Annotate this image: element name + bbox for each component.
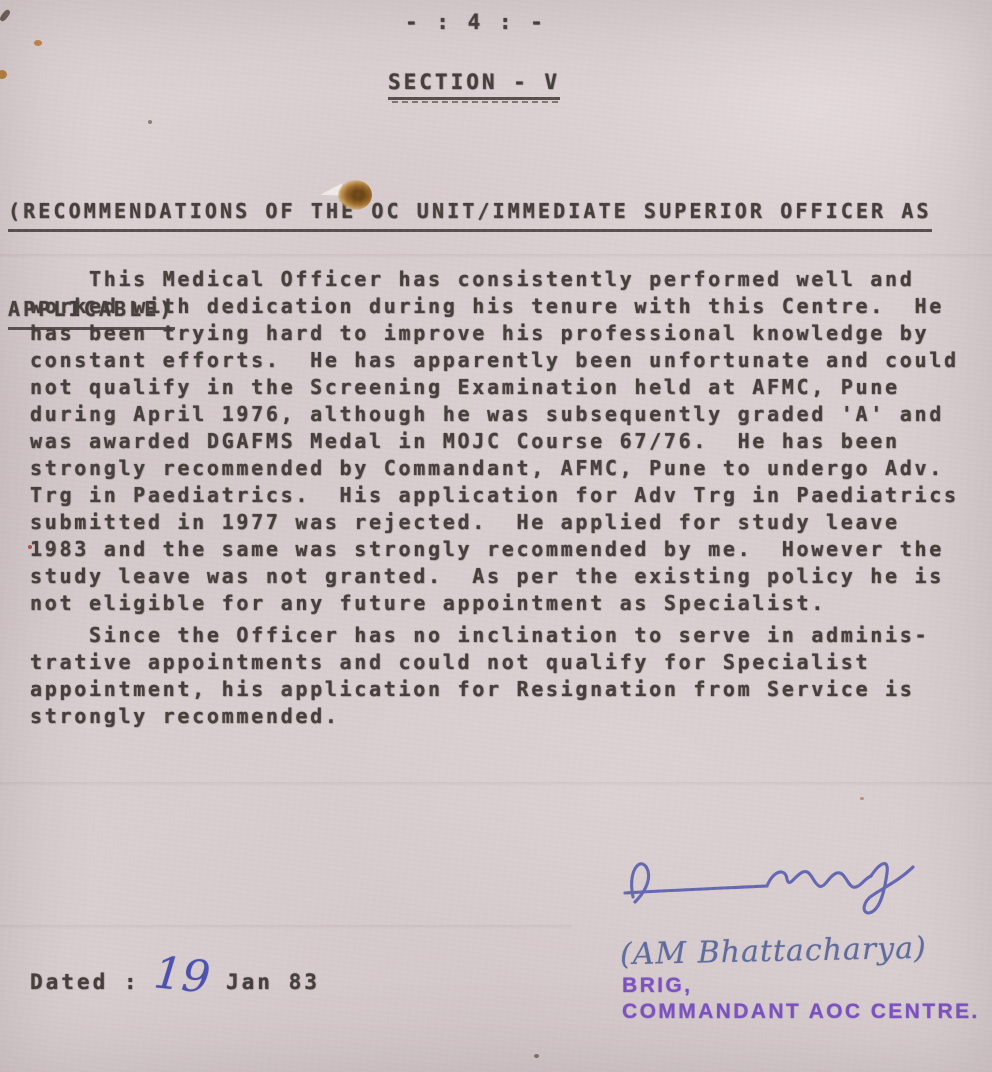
paper-speck xyxy=(34,40,42,46)
text-line: strongly recommended by Commandant, AFMC… xyxy=(30,455,959,482)
text-line: This Medical Officer has consistently pe… xyxy=(30,266,959,293)
text-line: strongly recommended. xyxy=(30,703,929,730)
text-line: submitted in 1977 was rejected. He appli… xyxy=(30,509,959,536)
handwritten-day: 19 xyxy=(151,947,212,1004)
signatory-name: (AM Bhattacharya) xyxy=(620,931,927,972)
text-line: constant efforts. He has apparently been… xyxy=(30,347,959,374)
text-line: appointment, his application for Resigna… xyxy=(30,676,929,703)
section-title-text: SECTION - V xyxy=(388,70,560,100)
text-line: not eligible for any future appointment … xyxy=(30,590,959,617)
conclusion-paragraph: Since the Officer has no inclination to … xyxy=(30,622,929,730)
date-label: Dated : xyxy=(30,970,140,994)
text-line: was awarded DGAFMS Medal in MOJC Course … xyxy=(30,428,959,455)
paper-crease xyxy=(0,254,992,258)
paper-speck xyxy=(0,9,11,23)
recommendation-paragraph: This Medical Officer has consistently pe… xyxy=(30,266,959,617)
text-line: study leave was not granted. As per the … xyxy=(30,563,959,590)
text-line: 1983 and the same was strongly recommend… xyxy=(30,536,959,563)
text-line: Trg in Paediatrics. His application for … xyxy=(30,482,959,509)
page-number: - : 4 : - xyxy=(405,10,546,34)
paper-crease xyxy=(0,782,992,786)
scanned-document-page: - : 4 : - SECTION - V (RECOMMENDATIONS O… xyxy=(0,0,992,1072)
paper-speck xyxy=(0,70,7,79)
signature-ink xyxy=(615,845,925,935)
text-line: during April 1976, although he was subse… xyxy=(30,401,959,428)
text-line: Since the Officer has no inclination to … xyxy=(30,622,929,649)
signatory-designation-stamp: COMMANDANT AOC CENTRE. xyxy=(622,1000,980,1024)
text-line: trative appointments and could not quali… xyxy=(30,649,929,676)
paper-speck xyxy=(860,797,864,800)
paper-speck xyxy=(28,545,32,549)
heading-line: (RECOMMENDATIONS OF THE OC UNIT/IMMEDIAT… xyxy=(8,196,932,232)
section-title: SECTION - V xyxy=(388,70,560,100)
date-typed: Jan 83 xyxy=(226,970,320,994)
paper-speck xyxy=(534,1054,539,1058)
signatory-rank-stamp: BRIG, xyxy=(622,974,692,998)
paper-crease xyxy=(0,925,572,929)
text-line: has been trying hard to improve his prof… xyxy=(30,320,959,347)
paper-stain xyxy=(338,180,372,210)
text-line: worked with dedication during his tenure… xyxy=(30,293,959,320)
paper-speck xyxy=(148,120,152,124)
text-line: not qualify in the Screening Examination… xyxy=(30,374,959,401)
